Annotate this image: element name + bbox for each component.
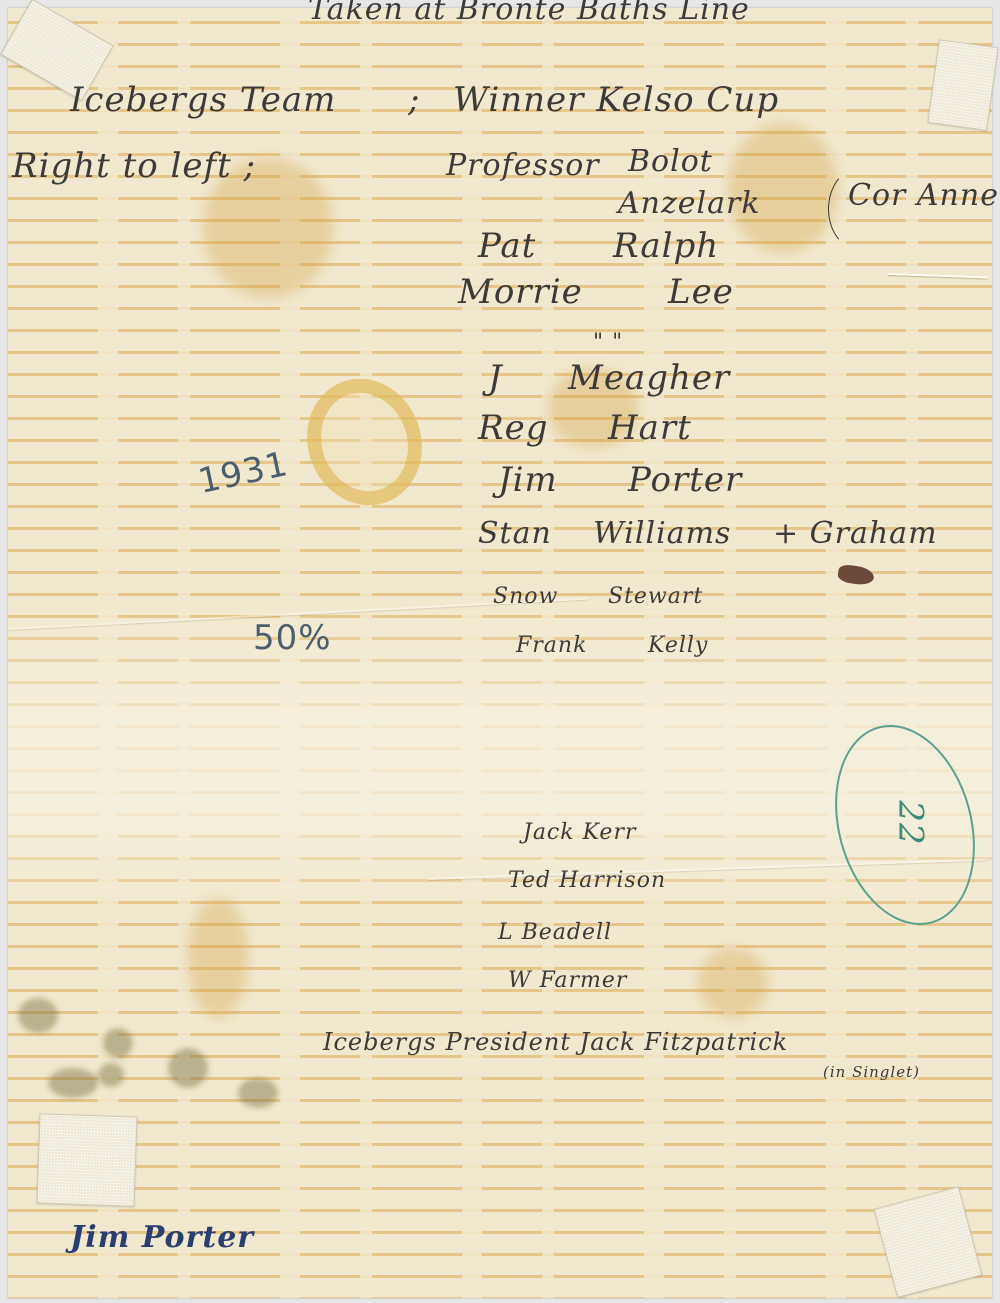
name-first: Stan <box>478 516 552 551</box>
mold-spot <box>48 1068 98 1098</box>
award-name: Winner Kelso Cup <box>453 80 779 120</box>
name-last: Williams <box>593 516 731 551</box>
name-last: Lee <box>668 272 734 312</box>
name-first: Professor <box>446 148 600 183</box>
cloth-tape-bottom-right <box>874 1186 983 1298</box>
document-sheet: Taken at Bronte Baths Line Icebergs Team… <box>8 8 992 1298</box>
second-group-name: W Farmer <box>508 968 627 993</box>
year-note: 1931 <box>195 444 292 502</box>
name-last: Bolot <box>628 144 713 179</box>
name-last: Hart <box>608 408 692 448</box>
mold-spot <box>18 998 58 1033</box>
paper-scrap <box>837 564 875 587</box>
cloth-tape-top-right <box>927 39 998 131</box>
name-last: Meagher <box>568 358 730 398</box>
name-last: Stewart <box>608 584 703 609</box>
name-last: Kelly <box>648 633 708 658</box>
name-last: Ralph <box>613 226 719 266</box>
circled-number: 22 <box>891 800 931 845</box>
second-group-name: Ted Harrison <box>508 868 666 893</box>
alt-name-bracket <box>828 168 890 250</box>
name-last: Anzelark <box>618 186 761 221</box>
name-first: Reg <box>478 408 549 448</box>
order-note: Right to left ; <box>12 146 256 186</box>
header-line: Taken at Bronte Baths Line <box>308 0 750 27</box>
president-note: (in Singlet) <box>823 1063 920 1081</box>
name-last: Porter <box>628 460 742 500</box>
mold-spot <box>103 1028 133 1058</box>
mold-spot <box>168 1048 208 1088</box>
water-stain <box>188 898 248 1018</box>
mold-spot <box>98 1063 124 1087</box>
signature: Jim Porter <box>70 1220 254 1255</box>
second-group-name: Jack Kerr <box>523 820 636 845</box>
williams-addendum: + Graham <box>773 516 938 551</box>
second-group-name: L Beadell <box>498 920 612 945</box>
title-separator: ; <box>408 80 420 120</box>
name-first: Pat <box>478 226 536 266</box>
president-line: Icebergs President Jack Fitzpatrick <box>323 1028 788 1056</box>
name-first: J <box>488 358 503 398</box>
team-name: Icebergs Team <box>70 80 336 120</box>
percent-note: 50% <box>253 618 332 658</box>
mold-spot <box>238 1078 278 1108</box>
paper-tear <box>888 273 988 278</box>
ring-stain <box>290 363 440 522</box>
name-first: Morrie <box>458 272 583 312</box>
water-stain <box>698 948 768 1018</box>
ditto-marks: " " <box>593 330 623 355</box>
cloth-tape-bottom-left <box>36 1113 137 1206</box>
name-first: Jim <box>498 460 558 500</box>
name-first: Frank <box>516 633 587 658</box>
name-first: Snow <box>493 584 558 609</box>
